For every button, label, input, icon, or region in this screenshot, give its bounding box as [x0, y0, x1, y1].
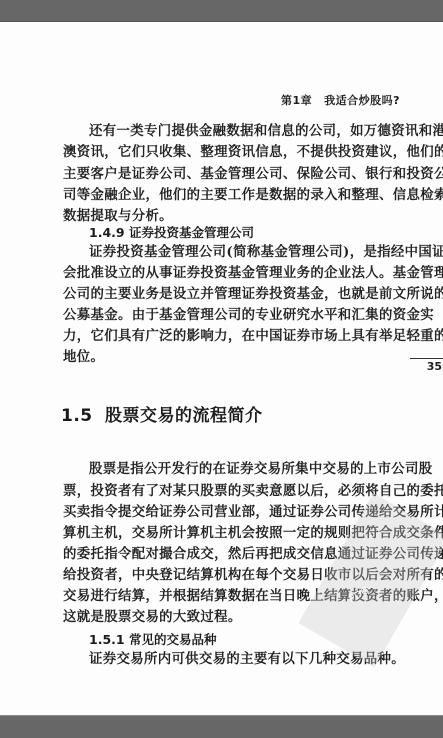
paragraph-line: 力，它们具有广泛的影响力，在中国证券市场上具有举足轻重的	[63, 326, 423, 346]
page-number: 35	[427, 360, 442, 373]
paragraph-line: 公司的主要业务是设立并管理证券投资基金，也就是前文所说的	[63, 284, 423, 304]
paragraph-line: 还有一类专门提供金融数据和信息的公司，如万德资讯和港	[89, 121, 443, 141]
running-head: 第1章我适合炒股吗?	[281, 92, 400, 108]
paragraph-line: 澳资讯，它们只收集、整理资讯信息，不提供投资建议，他们的	[63, 142, 423, 162]
section-heading-1-5-1: 1.5.1常见的交易品种	[89, 630, 217, 648]
paragraph-line: 股票是指公开发行的在证券交易所集中交易的上市公司股	[89, 459, 443, 479]
paragraph-line: 主要客户是证券公司、基金管理公司、保险公司、银行和投资公	[63, 164, 423, 184]
paragraph-line: 地位。	[63, 347, 423, 367]
chapter-title: 我适合炒股吗?	[324, 94, 400, 107]
paragraph-line: 证券交易所内可供交易的主要有以下几种交易品种。	[89, 649, 443, 669]
viewer-top-bar	[0, 0, 443, 22]
paragraph-line: 证券投资基金管理公司(简称基金管理公司)，是指经中国证监	[89, 242, 443, 262]
section-heading-1-4-9: 1.4.9证券投资基金管理公司	[89, 223, 254, 241]
paragraph-line: 司等金融企业，他们的主要工作是数据的录入和整理、信息检索、	[63, 185, 423, 205]
page-number-rule	[410, 358, 443, 359]
watermark-text: PDG	[347, 585, 371, 605]
section-heading-1-5: 1.5股票交易的流程简介	[61, 401, 263, 426]
viewer-bottom-bar	[0, 715, 443, 738]
paragraph-line: 公募基金。由于基金管理公司的专业研究水平和汇集的资金实	[63, 305, 423, 325]
chapter-label: 第1章	[281, 94, 312, 107]
paragraph-line: 会批准设立的从事证券投资基金管理业务的企业法人。基金管理	[63, 263, 423, 283]
book-page: 第1章我适合炒股吗? 还有一类专门提供金融数据和信息的公司，如万德资讯和港 澳资…	[0, 22, 443, 715]
